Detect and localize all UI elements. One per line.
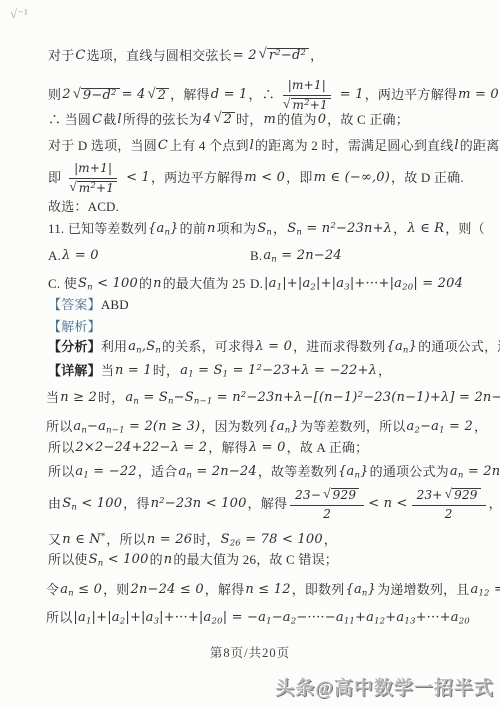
math-fragment: m ∈ (−∞,0) — [313, 171, 391, 186]
text-fragment: 截 — [103, 113, 116, 128]
text-fragment: 的关系，可求得 — [162, 340, 254, 355]
text-fragment: ，进而求得数列 — [293, 340, 385, 355]
text-fragment: C. 使 — [48, 277, 77, 292]
math-fragment: λ = 0 — [248, 441, 287, 456]
math-fragment: = 2 — [232, 49, 258, 64]
option-c: C. 使 Sn < 100 的 n 的最大值为 25 — [48, 277, 246, 292]
text-fragment: ，即数列 — [292, 583, 345, 598]
radicand: 9−d2 — [81, 88, 120, 104]
sqrt-sign: √ — [445, 487, 453, 500]
text-fragment: 由 — [48, 497, 61, 512]
sqrt-sign: √ — [73, 87, 81, 102]
subscript: 1 — [188, 370, 194, 380]
math-fragment: n ∈ N* — [61, 533, 106, 548]
math-fragment: 929 — [453, 489, 479, 503]
section-label-blue: 【解析】 — [48, 320, 101, 335]
math-fragment: = 4 — [121, 88, 147, 103]
math-fragment: |m+1| — [287, 79, 327, 93]
subscript: 26 — [230, 539, 241, 549]
text-fragment: 的距离为 2 时，需满足圆心到直线 — [255, 139, 453, 154]
math-fragment: λ = 0 — [61, 249, 100, 264]
math-fragment: 0 — [317, 113, 327, 128]
subscript: 2 — [310, 283, 316, 293]
radicand: 2 — [222, 112, 235, 128]
detail-sn-inequality: 由 Sn < 100，得 n2−23n < 100，解得23−√9292< n … — [48, 488, 500, 522]
sqrt-sign: √ — [213, 111, 221, 126]
analysis-summary: 【分析】利用 an,Sn 的关系，可求得 λ = 0，进而求得数列{an}的通项… — [48, 340, 500, 355]
detail-n-26: 又 n ∈ N*，所以 n = 26 时，S26 = 78 < 100， — [48, 533, 337, 548]
math-fragment: < n < — [367, 497, 408, 512]
line-option-c-chord-formula: 对于 C 选项，直线与圆相交弦长= 2√r2−d2， — [48, 48, 323, 64]
math-fragment: a1 = −22 — [74, 465, 137, 480]
text-fragment: 则 — [48, 88, 61, 103]
detail-n-equals-1: 【详解】当 n = 1 时，a1 = S1 = 12−23+λ = −22+λ， — [48, 364, 391, 379]
text-fragment: 时， — [236, 113, 262, 128]
math-fragment: a12 = 0 — [470, 583, 500, 598]
text-fragment: 所以 — [48, 465, 74, 480]
math-fragment: n2−23n < 100 — [150, 497, 248, 512]
superscript: 2 — [159, 496, 165, 506]
math-fragment: an−an−1 = 2(n ≥ 3) — [72, 420, 201, 435]
text-fragment: ，适合 — [138, 465, 178, 480]
superscript: 2 — [90, 181, 96, 191]
subscript: n — [362, 589, 368, 599]
text-fragment: ，故 D 正确. — [391, 171, 464, 186]
detail-n-ge-2: 当 n ≥ 2 时，an = Sn−Sn−1 = n2−23n+λ−[(n−1)… — [46, 391, 500, 406]
subscript: n−1 — [106, 426, 125, 436]
math-fragment: C — [157, 139, 169, 154]
math-fragment: 2 — [322, 508, 332, 522]
math-fragment: 2n−24 ≤ 0 — [129, 583, 204, 598]
radicand: r2−d2 — [267, 48, 309, 64]
text-fragment: 11. 已知等差数列 — [48, 222, 147, 237]
detail-c-wrong: 所以使 Sn < 100 的 n 的最大值为 26，故 C 错误； — [48, 553, 338, 568]
sqrt-radical: √r2−d2 — [259, 48, 309, 64]
superscript: * — [101, 532, 105, 542]
math-fragment: Sn < 100 — [61, 497, 123, 512]
option-a: A. λ = 0 — [48, 249, 100, 264]
text-fragment: 为等差数列，所以 — [300, 420, 406, 435]
detail-abs-sum: 所以|a1|+|a2|+|a3|+···+|a20| = −a1−a2−····… — [46, 611, 471, 626]
superscript: 2 — [330, 221, 336, 231]
sqrt-radical: √m2+1 — [69, 181, 117, 196]
sqrt-radical: √2 — [213, 112, 235, 128]
radicand: m2+1 — [291, 98, 331, 113]
sqrt-sign: √ — [259, 47, 267, 62]
math-fragment: an,Sn — [127, 340, 162, 355]
page-number-footer: 第8页/共20页 — [0, 643, 500, 661]
text-fragment: ，即 — [286, 171, 312, 186]
text-fragment: ，故 C 正确； — [327, 113, 409, 128]
math-fragment: n ≥ 2 — [59, 391, 98, 406]
text-fragment: ， — [310, 49, 323, 64]
fraction: |m+1|√m2+1 — [64, 162, 122, 196]
denominator: √m2+1 — [64, 179, 122, 196]
answer-line: 【答案】ABD — [48, 298, 129, 313]
subscript: 12 — [478, 589, 489, 599]
text-fragment: 所以 — [48, 441, 74, 456]
option-b: B. an = 2n−24 — [250, 249, 343, 264]
subscript: n — [98, 559, 104, 569]
subscript: n — [186, 471, 192, 481]
superscript: 2 — [241, 390, 247, 400]
subscript: n — [296, 228, 302, 238]
math-fragment: λ ∈ R — [406, 222, 445, 237]
math-fragment: a2−a1 = 2 — [406, 420, 474, 435]
radicand: m2+1 — [77, 181, 117, 196]
subscript: 20 — [459, 617, 470, 627]
detail-general-term: 所以 a1 = −22，适合 an = 2n−24，故等差数列{an}的通项公式… — [48, 465, 500, 480]
sqrt-sign: √ — [147, 87, 155, 102]
subscript: n — [71, 503, 77, 513]
math-fragment: < 1 — [125, 171, 151, 186]
math-fragment: m2+1 — [292, 99, 329, 113]
text-fragment: 令 — [46, 583, 59, 598]
fraction: 23+√9292 — [412, 488, 486, 522]
sqrt-radical: √9−d2 — [73, 88, 120, 104]
math-fragment: n ≤ 12 — [244, 583, 291, 598]
section-label-bold: 【详解】 — [48, 364, 101, 379]
math-fragment: 2 — [157, 89, 167, 104]
subscript: 3 — [344, 283, 350, 293]
math-fragment: |m+1| — [73, 162, 113, 176]
text-fragment: 的距离 — [460, 139, 500, 154]
subscript: n — [136, 346, 142, 356]
text-fragment: 的 — [139, 277, 152, 292]
math-fragment: 9−d2 — [82, 89, 118, 104]
text-fragment: 当 — [46, 391, 59, 406]
line-option-c-solve: 则 2√9−d2= 4√2，解得 d = 1，∴|m+1|√m2+1= 1，两边… — [48, 79, 500, 113]
superscript: 2 — [111, 88, 117, 98]
text-fragment: 的通项公式，进而逐项计算可判断正误. — [418, 340, 500, 355]
text-fragment: 的 — [150, 553, 163, 568]
math-fragment: Sn < 100 — [77, 277, 139, 292]
subscript: n — [458, 471, 464, 481]
superscript: 2 — [358, 390, 364, 400]
section-label-bold: 【分析】 — [48, 340, 101, 355]
line-final-answer-acd: 故选：ACD. — [48, 200, 119, 215]
superscript: 2 — [275, 48, 281, 58]
text-fragment: ，∴ — [249, 88, 275, 103]
line-option-d-solve: 即|m+1|√m2+1< 1，两边平方解得 m < 0，即 m ∈ (−∞,0)… — [48, 162, 464, 196]
math-fragment: an = Sn−Sn−1 = n2−23n+λ−[(n−1)2−23(n−1)+… — [124, 391, 500, 406]
text-fragment: ，故 A 正确； — [287, 441, 369, 456]
line-option-d-condition: 对于 D 选项，当圆 C 上有 4 个点到 l 的距离为 2 时，需满足圆心到直… — [48, 139, 500, 154]
subscript: 1 — [83, 471, 89, 481]
subscript: 1 — [439, 426, 445, 436]
text-fragment: A. — [48, 249, 61, 264]
sqrt-radical: √929 — [445, 488, 481, 503]
fraction: |m+1|√m2+1 — [278, 79, 336, 113]
subscript: 2 — [120, 617, 126, 627]
math-fragment: d = 1 — [210, 88, 249, 103]
math-fragment: {an} — [385, 340, 418, 355]
sqrt-sign: √ — [323, 487, 331, 500]
math-fragment: {an} — [267, 420, 300, 435]
subscript: n — [271, 255, 277, 265]
denominator: 2 — [318, 506, 336, 522]
subscript: n — [285, 426, 291, 436]
numerator: |m+1| — [69, 162, 117, 179]
math-fragment: 2 — [444, 508, 454, 522]
text-fragment: 利用 — [101, 340, 127, 355]
math-fragment: an = 2n−24 — [177, 465, 257, 480]
math-fragment: λ = 0 — [254, 340, 293, 355]
text-fragment: 所得的弦长为 — [123, 113, 202, 128]
subscript: n — [266, 228, 272, 238]
question-11-stem: 11. 已知等差数列{an}的前 n 项和为 Sn，Sn = n2−23n+λ，… — [48, 222, 500, 237]
subscript: 1 — [86, 617, 92, 627]
text-fragment: ，得 — [123, 497, 149, 512]
text-fragment: 的通项公式为 — [370, 465, 449, 480]
numerator: |m+1| — [283, 79, 331, 96]
text-fragment: 选项，直线与圆相交弦长 — [87, 49, 232, 64]
text-fragment: 对于 D 选项，当圆 — [48, 139, 157, 154]
subscript: n — [81, 426, 87, 436]
math-fragment: C — [91, 113, 103, 128]
math-fragment: n — [163, 553, 174, 568]
detail-an-le-0: 令 an ≤ 0，则 2n−24 ≤ 0，解得 n ≤ 12，即数列{an}为递… — [46, 583, 500, 598]
math-fragment: m — [263, 113, 278, 128]
math-fragment: n — [152, 277, 163, 292]
text-fragment: 所以 — [46, 420, 72, 435]
math-fragment: 929 — [332, 489, 358, 503]
radicand: 929 — [452, 488, 481, 503]
sqrt-radical: √929 — [323, 488, 359, 503]
math-fragment: m = 0 — [457, 88, 500, 103]
superscript: 2 — [301, 48, 307, 58]
math-fragment: 23+ — [416, 489, 444, 503]
subscript: 20 — [402, 283, 413, 293]
math-fragment: n = 26 — [146, 533, 193, 548]
math-fragment: n — [206, 222, 217, 237]
text-fragment: 时， — [193, 533, 219, 548]
section-label-blue: 【答案】 — [48, 298, 101, 313]
subscript: 2 — [414, 426, 420, 436]
math-fragment: m2+1 — [78, 182, 115, 196]
superscript: 2 — [304, 98, 310, 108]
subscript: 1 — [223, 370, 229, 380]
subscript: 1 — [266, 617, 272, 627]
math-fragment: = 1 — [339, 88, 365, 103]
text-fragment: 时， — [153, 364, 179, 379]
text-fragment: ，所以 — [106, 533, 146, 548]
math-fragment: an ≤ 0 — [59, 583, 103, 598]
sqrt-radical: √m2+1 — [283, 98, 331, 113]
text-fragment: ∴ 当圆 — [48, 113, 91, 128]
text-fragment: 又 — [48, 533, 61, 548]
radicand: 929 — [331, 488, 360, 503]
text-fragment: 的前 — [180, 222, 206, 237]
document-page: √⁻¹ 对于 C 选项，直线与圆相交弦长= 2√r2−d2，则 2√9−d2= … — [0, 0, 500, 707]
fraction: 23−√9292 — [290, 488, 364, 522]
text-fragment: 对于 — [48, 49, 74, 64]
text-fragment: ，解得 — [170, 88, 210, 103]
sqrt-sign: √ — [283, 97, 291, 110]
text-fragment: ，则 — [103, 583, 129, 598]
math-fragment: 2×2−24+22−λ = 2 — [74, 441, 208, 456]
text-fragment: ，解得 — [248, 497, 288, 512]
math-fragment: a1 = S1 = 12−23+λ = −22+λ — [179, 364, 378, 379]
text-fragment: 时， — [98, 391, 124, 406]
math-fragment: S26 = 78 < 100 — [220, 533, 324, 548]
toutiao-watermark: 头条@高中数学一招半式 — [275, 673, 494, 700]
text-fragment: 上有 4 个点到 — [169, 139, 249, 154]
text-fragment: ，因为数列 — [201, 420, 267, 435]
text-fragment: B. — [250, 249, 262, 264]
sqrt-radical: √2 — [147, 88, 169, 104]
sqrt-sign: √ — [69, 180, 77, 193]
subscript: 1 — [277, 283, 283, 293]
subscript: n — [155, 346, 161, 356]
text-fragment: ，故等差数列 — [258, 465, 337, 480]
detail-common-difference: 所以 an−an−1 = 2(n ≥ 3)，因为数列{an}为等差数列，所以 a… — [46, 420, 487, 435]
text-fragment: 故选：ACD. — [48, 200, 119, 215]
math-fragment: n = 1 — [114, 364, 153, 379]
math-fragment: {an} — [147, 222, 180, 237]
math-fragment: Sn < 100 — [88, 553, 150, 568]
text-fragment: ， — [273, 222, 286, 237]
math-fragment: |a1|+|a2|+|a3|+···+|a20| = 204 — [263, 277, 464, 292]
subscript: n−1 — [194, 397, 213, 407]
subscript: n — [403, 346, 409, 356]
text-fragment: ， — [324, 533, 337, 548]
subscript: n — [68, 589, 74, 599]
math-fragment: m < 0 — [243, 171, 286, 186]
text-fragment: 所以使 — [48, 553, 88, 568]
subscript: 13 — [404, 617, 415, 627]
math-fragment: Sn — [256, 222, 273, 237]
subscript: n — [168, 397, 174, 407]
text-fragment: ， — [489, 497, 500, 512]
text-fragment: 的值为 — [277, 113, 317, 128]
math-fragment: 23− — [294, 489, 322, 503]
subscript: n — [133, 397, 139, 407]
math-fragment: 4 — [202, 113, 212, 128]
subscript: 2 — [291, 617, 297, 627]
math-fragment: an = 2n−24 — [449, 465, 500, 480]
text-fragment: 即 — [48, 171, 61, 186]
line-option-c-conclusion: ∴ 当圆 C 截 l 所得的弦长为 4√2 时，m 的值为 0，故 C 正确； — [48, 112, 409, 128]
scanned-math-document: { "page": { "footer": "第8页/共20页", "water… — [0, 0, 500, 707]
text-fragment: ， — [393, 222, 406, 237]
text-fragment: 当 — [101, 364, 114, 379]
subscript: n — [87, 283, 93, 293]
text-fragment: ，两边平方解得 — [151, 171, 243, 186]
text-fragment: ，两边平方解得 — [365, 88, 457, 103]
math-fragment: 2 — [223, 113, 233, 128]
superscript: 2 — [257, 363, 263, 373]
subscript: 12 — [374, 617, 385, 627]
numerator: 23+√929 — [412, 488, 486, 506]
text-fragment: 为递增数列，且 — [377, 583, 469, 598]
denominator: 2 — [440, 506, 458, 522]
math-fragment: 2 — [61, 88, 71, 103]
text-fragment: 项和为 — [217, 222, 257, 237]
subscript: n — [164, 228, 170, 238]
text-fragment: 的最大值为 25 — [163, 277, 246, 292]
text-fragment: ，解得 — [208, 441, 248, 456]
math-fragment: Sn = n2−23n+λ — [286, 222, 393, 237]
math-fragment: |a1|+|a2|+|a3|+···+|a20| = −a1−a2−····−a… — [72, 611, 471, 626]
analysis-header: 【解析】 — [48, 320, 101, 335]
math-fragment: an = 2n−24 — [262, 249, 342, 264]
text-fragment: 所以 — [46, 611, 72, 626]
text-fragment: ， — [378, 364, 391, 379]
subscript: n — [354, 471, 360, 481]
subscript: 3 — [154, 617, 160, 627]
math-fragment: r2−d2 — [268, 49, 307, 64]
text-fragment: ， — [474, 420, 487, 435]
math-fragment: {an} — [337, 465, 370, 480]
denominator: √m2+1 — [278, 96, 336, 113]
math-fragment: C — [74, 49, 86, 64]
option-d: D. |a1|+|a2|+|a3|+···+|a20| = 204 — [250, 277, 464, 292]
detail-solve-lambda: 所以 2×2−24+22−λ = 2，解得 λ = 0，故 A 正确； — [48, 441, 368, 456]
text-fragment: ABD — [101, 298, 129, 313]
subscript: 11 — [344, 617, 355, 627]
radicand: 2 — [156, 88, 169, 104]
subscript: 20 — [211, 617, 222, 627]
math-fragment: {an} — [345, 583, 378, 598]
text-fragment: 的最大值为 26，故 C 错误； — [173, 553, 338, 568]
text-fragment: ，解得 — [205, 583, 245, 598]
stray-radical-mark: √⁻¹ — [10, 6, 28, 22]
text-fragment: D. — [250, 277, 263, 292]
numerator: 23−√929 — [290, 488, 364, 506]
text-fragment: ，则（ ） — [445, 222, 500, 237]
